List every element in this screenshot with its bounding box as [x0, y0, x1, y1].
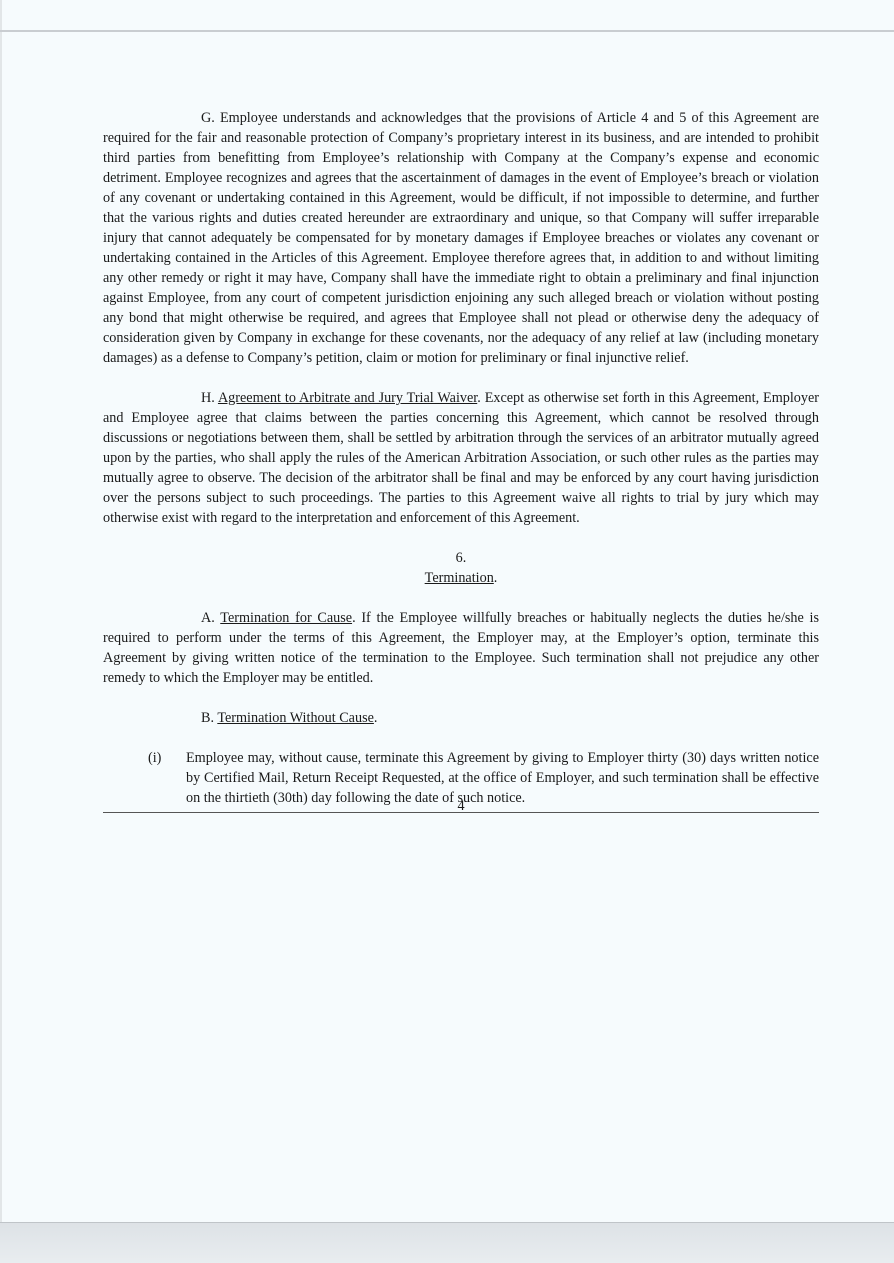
section-number: 6.	[103, 548, 819, 568]
section-title-text: Termination	[425, 570, 494, 586]
scan-edge-top	[0, 30, 894, 32]
paragraph-h-label: H.	[201, 390, 215, 406]
paragraph-b-heading: Termination Without Cause	[217, 710, 374, 726]
scan-edge-bottom	[0, 1222, 894, 1263]
section-title: Termination.	[103, 568, 819, 588]
paragraph-g-text: Employee understands and acknowledges th…	[103, 110, 819, 366]
paragraph-g: G. Employee understands and acknowledges…	[103, 108, 819, 368]
paragraph-a-label: A.	[201, 610, 215, 626]
document-page: G. Employee understands and acknowledges…	[103, 108, 819, 808]
paragraph-g-label: G.	[201, 110, 215, 126]
footer-rule	[103, 812, 819, 813]
paragraph-h-text: . Except as otherwise set forth in this …	[103, 390, 819, 526]
scan-edge-left	[0, 0, 2, 1263]
paragraph-a-heading: Termination for Cause	[220, 610, 352, 626]
paragraph-h-heading: Agreement to Arbitrate and Jury Trial Wa…	[218, 390, 477, 406]
section-title-suffix: .	[494, 570, 498, 586]
paragraph-h: H. Agreement to Arbitrate and Jury Trial…	[103, 388, 819, 528]
paragraph-b-label: B.	[201, 710, 214, 726]
paragraph-b: B. Termination Without Cause.	[103, 708, 819, 728]
paragraph-b-suffix: .	[374, 710, 378, 726]
paragraph-a: A. Termination for Cause. If the Employe…	[103, 608, 819, 688]
